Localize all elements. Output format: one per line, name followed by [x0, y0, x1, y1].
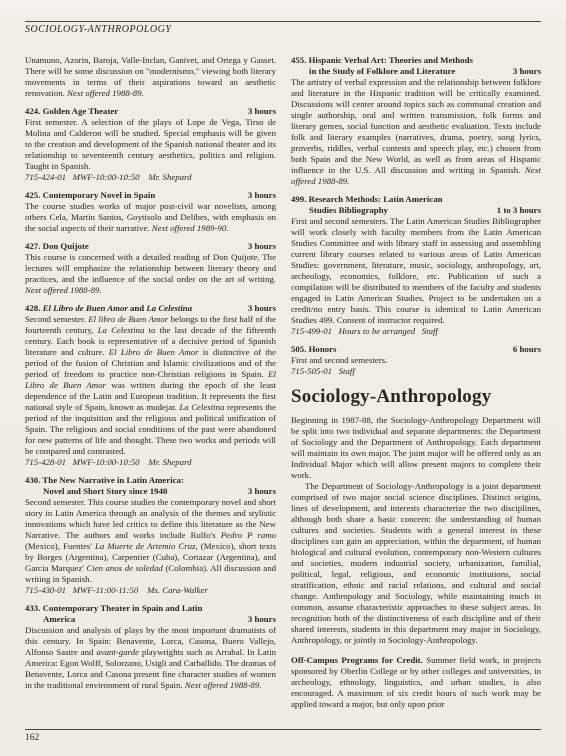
course-424-title-row: 424. Golden Age Theater 3 hours	[25, 106, 276, 117]
course-title-line1: 499. Research Methods: Latin American	[291, 194, 541, 205]
catalog-page: { "colors": {"paper": "#f0ede6", "ink": …	[0, 0, 566, 756]
course-description: Second semester. El libro de Buen Amor b…	[25, 314, 276, 457]
course-430-title-row2: Novel and Short Story since 1940 3 hours	[25, 486, 276, 497]
course-title: 425. Contemporary Novel in Spain	[25, 190, 155, 201]
course-433-title-row2: America 3 hours	[25, 614, 276, 625]
course-hours: 3 hours	[248, 614, 276, 625]
course-428: 428. El Libro de Buen Amor and La Celest…	[25, 303, 276, 468]
course-title: 505. Honors	[291, 344, 336, 355]
course-title-line2: Novel and Short Story since 1940	[25, 486, 167, 497]
course-title: 424. Golden Age Theater	[25, 106, 118, 117]
department-intro-paragraph: Beginning in 1987-88, the Sociology-Anth…	[291, 415, 541, 481]
course-455: 455. Hispanic Verbal Art: Theories and M…	[291, 55, 541, 187]
course-505-title-row: 505. Honors 6 hours	[291, 344, 541, 355]
course-description: This course is concerned with a detailed…	[25, 252, 276, 296]
course-427: 427. Don Quijote 3 hours This course is …	[25, 241, 276, 296]
course-description: First semester. A selection of the plays…	[25, 117, 276, 172]
section-heading-sociology-anthropology: Sociology-Anthropology	[291, 386, 541, 408]
course-428-title-row: 428. El Libro de Buen Amor and La Celest…	[25, 303, 276, 314]
course-505: 505. Honors 6 hours First and second sem…	[291, 344, 541, 377]
course-schedule: 715-424-01 MWF-10:00-10:50 Mr. Shepard	[25, 172, 276, 183]
course-description: First and second semesters.	[291, 355, 541, 366]
course-427-title-row: 427. Don Quijote 3 hours	[25, 241, 276, 252]
off-campus-programs-paragraph: Off-Campus Programs for Credit. Summer f…	[291, 655, 541, 710]
course-description: First and second semesters. The Latin Am…	[291, 216, 541, 326]
course-schedule: 715-499-01 Hours to be arranged Staff	[291, 326, 541, 337]
course-hours: 3 hours	[513, 66, 541, 77]
course-title-line2: Studies Bibliography	[291, 205, 388, 216]
running-header-title: SOCIOLOGY-ANTHROPOLOGY	[25, 24, 541, 35]
course-description: Second semester. This course studies the…	[25, 497, 276, 585]
course-title-line1: 455. Hispanic Verbal Art: Theories and M…	[291, 55, 541, 66]
course-title-line2: in the Study of Folklore and Literature	[291, 66, 455, 77]
department-description-paragraph: The Department of Sociology-Anthropology…	[291, 481, 541, 646]
course-hours: 1 to 3 hours	[497, 205, 541, 216]
course-424: 424. Golden Age Theater 3 hours First se…	[25, 106, 276, 183]
right-column: 455. Hispanic Verbal Art: Theories and M…	[291, 55, 541, 720]
course-hours: 3 hours	[242, 190, 276, 201]
course-425: 425. Contemporary Novel in Spain 3 hours…	[25, 190, 276, 234]
course-schedule: 715-430-01 MWF-11:00-11:50 Ms. Cara-Walk…	[25, 585, 276, 596]
page-footer: 162	[25, 729, 541, 743]
course-499-title-row2: Studies Bibliography 1 to 3 hours	[291, 205, 541, 216]
course-hours: 3 hours	[242, 303, 276, 314]
page-number: 162	[25, 733, 541, 743]
course-description: The artistry of verbal expression and th…	[291, 77, 541, 187]
course-hours: 6 hours	[507, 344, 541, 355]
course-description: The course studies works of major post-c…	[25, 201, 276, 234]
course-499: 499. Research Methods: Latin American St…	[291, 194, 541, 337]
intro-continuation: Unamuno, Azorin, Baroja, Valle-Inclan, G…	[25, 55, 276, 99]
course-433: 433. Contemporary Theater in Spain and L…	[25, 603, 276, 691]
course-hours: 3 hours	[242, 106, 276, 117]
course-title: 428. El Libro de Buen Amor and La Celest…	[25, 303, 192, 314]
course-hours: 3 hours	[242, 241, 276, 252]
course-425-title-row: 425. Contemporary Novel in Spain 3 hours	[25, 190, 276, 201]
course-schedule: 715-428-01 MWF-10:00-10:50 Mr. Shepard	[25, 457, 276, 468]
course-455-title-row2: in the Study of Folklore and Literature …	[291, 66, 541, 77]
course-schedule: 715-505-01 Staff	[291, 366, 541, 377]
left-column: Unamuno, Azorin, Baroja, Valle-Inclan, G…	[25, 55, 276, 705]
running-header: SOCIOLOGY-ANTHROPOLOGY	[25, 21, 541, 35]
course-title: 427. Don Quijote	[25, 241, 89, 252]
course-title-line1: 430. The New Narrative in Latin America:	[25, 475, 276, 486]
course-title-line2: America	[25, 614, 75, 625]
course-title-line1: 433. Contemporary Theater in Spain and L…	[25, 603, 276, 614]
course-description: Discussion and analysis of plays by the …	[25, 625, 276, 691]
course-430: 430. The New Narrative in Latin America:…	[25, 475, 276, 596]
intro-paragraph: Unamuno, Azorin, Baroja, Valle-Inclan, G…	[25, 55, 276, 99]
course-hours: 3 hours	[248, 486, 276, 497]
